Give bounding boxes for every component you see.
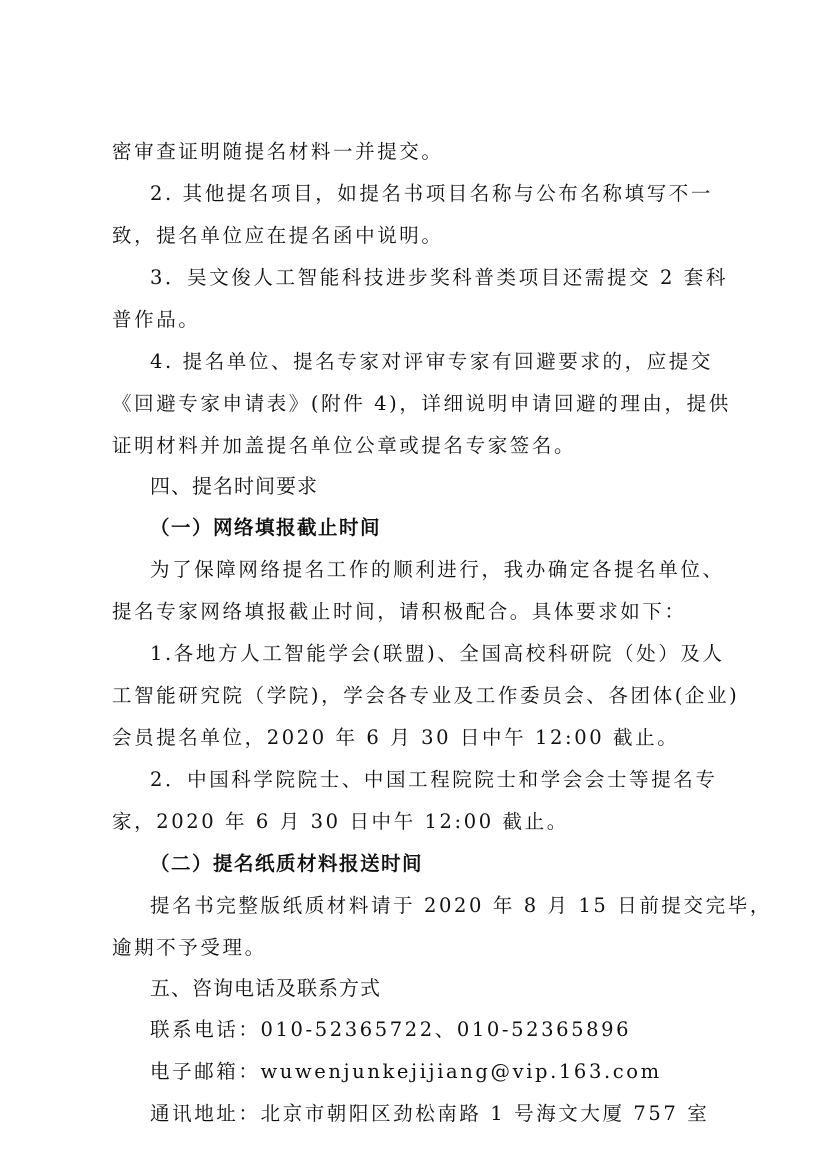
- paragraph-line: 工智能研究院（学院)，学会各专业及工作委员会、各团体(企业): [112, 684, 722, 708]
- contact-phone: 联系电话：010-52365722、010-52365896: [150, 1018, 722, 1042]
- section-heading-5: 五、咨询电话及联系方式: [150, 976, 722, 1000]
- paragraph-line: 会员提名单位，2020 年 6 月 30 日中午 12:00 截止。: [112, 726, 722, 750]
- paragraph-line: 普作品。: [112, 308, 722, 332]
- item-1-line: 1.各地方人工智能学会(联盟)、全国高校科研院（处）及人: [150, 642, 722, 666]
- paragraph-line: 证明材料并加盖提名单位公章或提名专家签名。: [112, 434, 722, 458]
- item-2-line: 2. 其他提名项目，如提名书项目名称与公布名称填写不一: [150, 182, 722, 206]
- document-page: 密审查证明随提名材料一并提交。 2. 其他提名项目，如提名书项目名称与公布名称填…: [0, 0, 827, 1170]
- paragraph-line: 提名专家网络填报截止时间，请积极配合。具体要求如下：: [112, 600, 722, 624]
- paragraph-line: 致，提名单位应在提名函中说明。: [112, 224, 722, 248]
- paragraph-line: 为了保障网络提名工作的顺利进行，我办确定各提名单位、: [150, 558, 722, 582]
- contact-email: 电子邮箱：wuwenjunkejijiang@vip.163.com: [150, 1060, 722, 1084]
- subsection-heading-1: （一）网络填报截止时间: [150, 516, 722, 540]
- paragraph-line: 提名书完整版纸质材料请于 2020 年 8 月 15 日前提交完毕，: [150, 894, 722, 918]
- paragraph-line: 家，2020 年 6 月 30 日中午 12:00 截止。: [112, 810, 722, 834]
- paragraph-line: 密审查证明随提名材料一并提交。: [112, 140, 722, 164]
- paragraph-line: 逾期不予受理。: [112, 936, 722, 960]
- contact-address: 通讯地址：北京市朝阳区劲松南路 1 号海文大厦 757 室: [150, 1102, 722, 1126]
- subsection-heading-2: （二）提名纸质材料报送时间: [150, 852, 722, 876]
- section-heading-4: 四、提名时间要求: [150, 474, 722, 498]
- item-3-line: 3．吴文俊人工智能科技进步奖科普类项目还需提交 2 套科: [150, 266, 722, 290]
- paragraph-line: 《回避专家申请表》(附件 4)，详细说明申请回避的理由，提供: [112, 392, 722, 416]
- item-2-line: 2．中国科学院院士、中国工程院院士和学会会士等提名专: [150, 768, 722, 792]
- item-4-line: 4. 提名单位、提名专家对评审专家有回避要求的，应提交: [150, 350, 722, 374]
